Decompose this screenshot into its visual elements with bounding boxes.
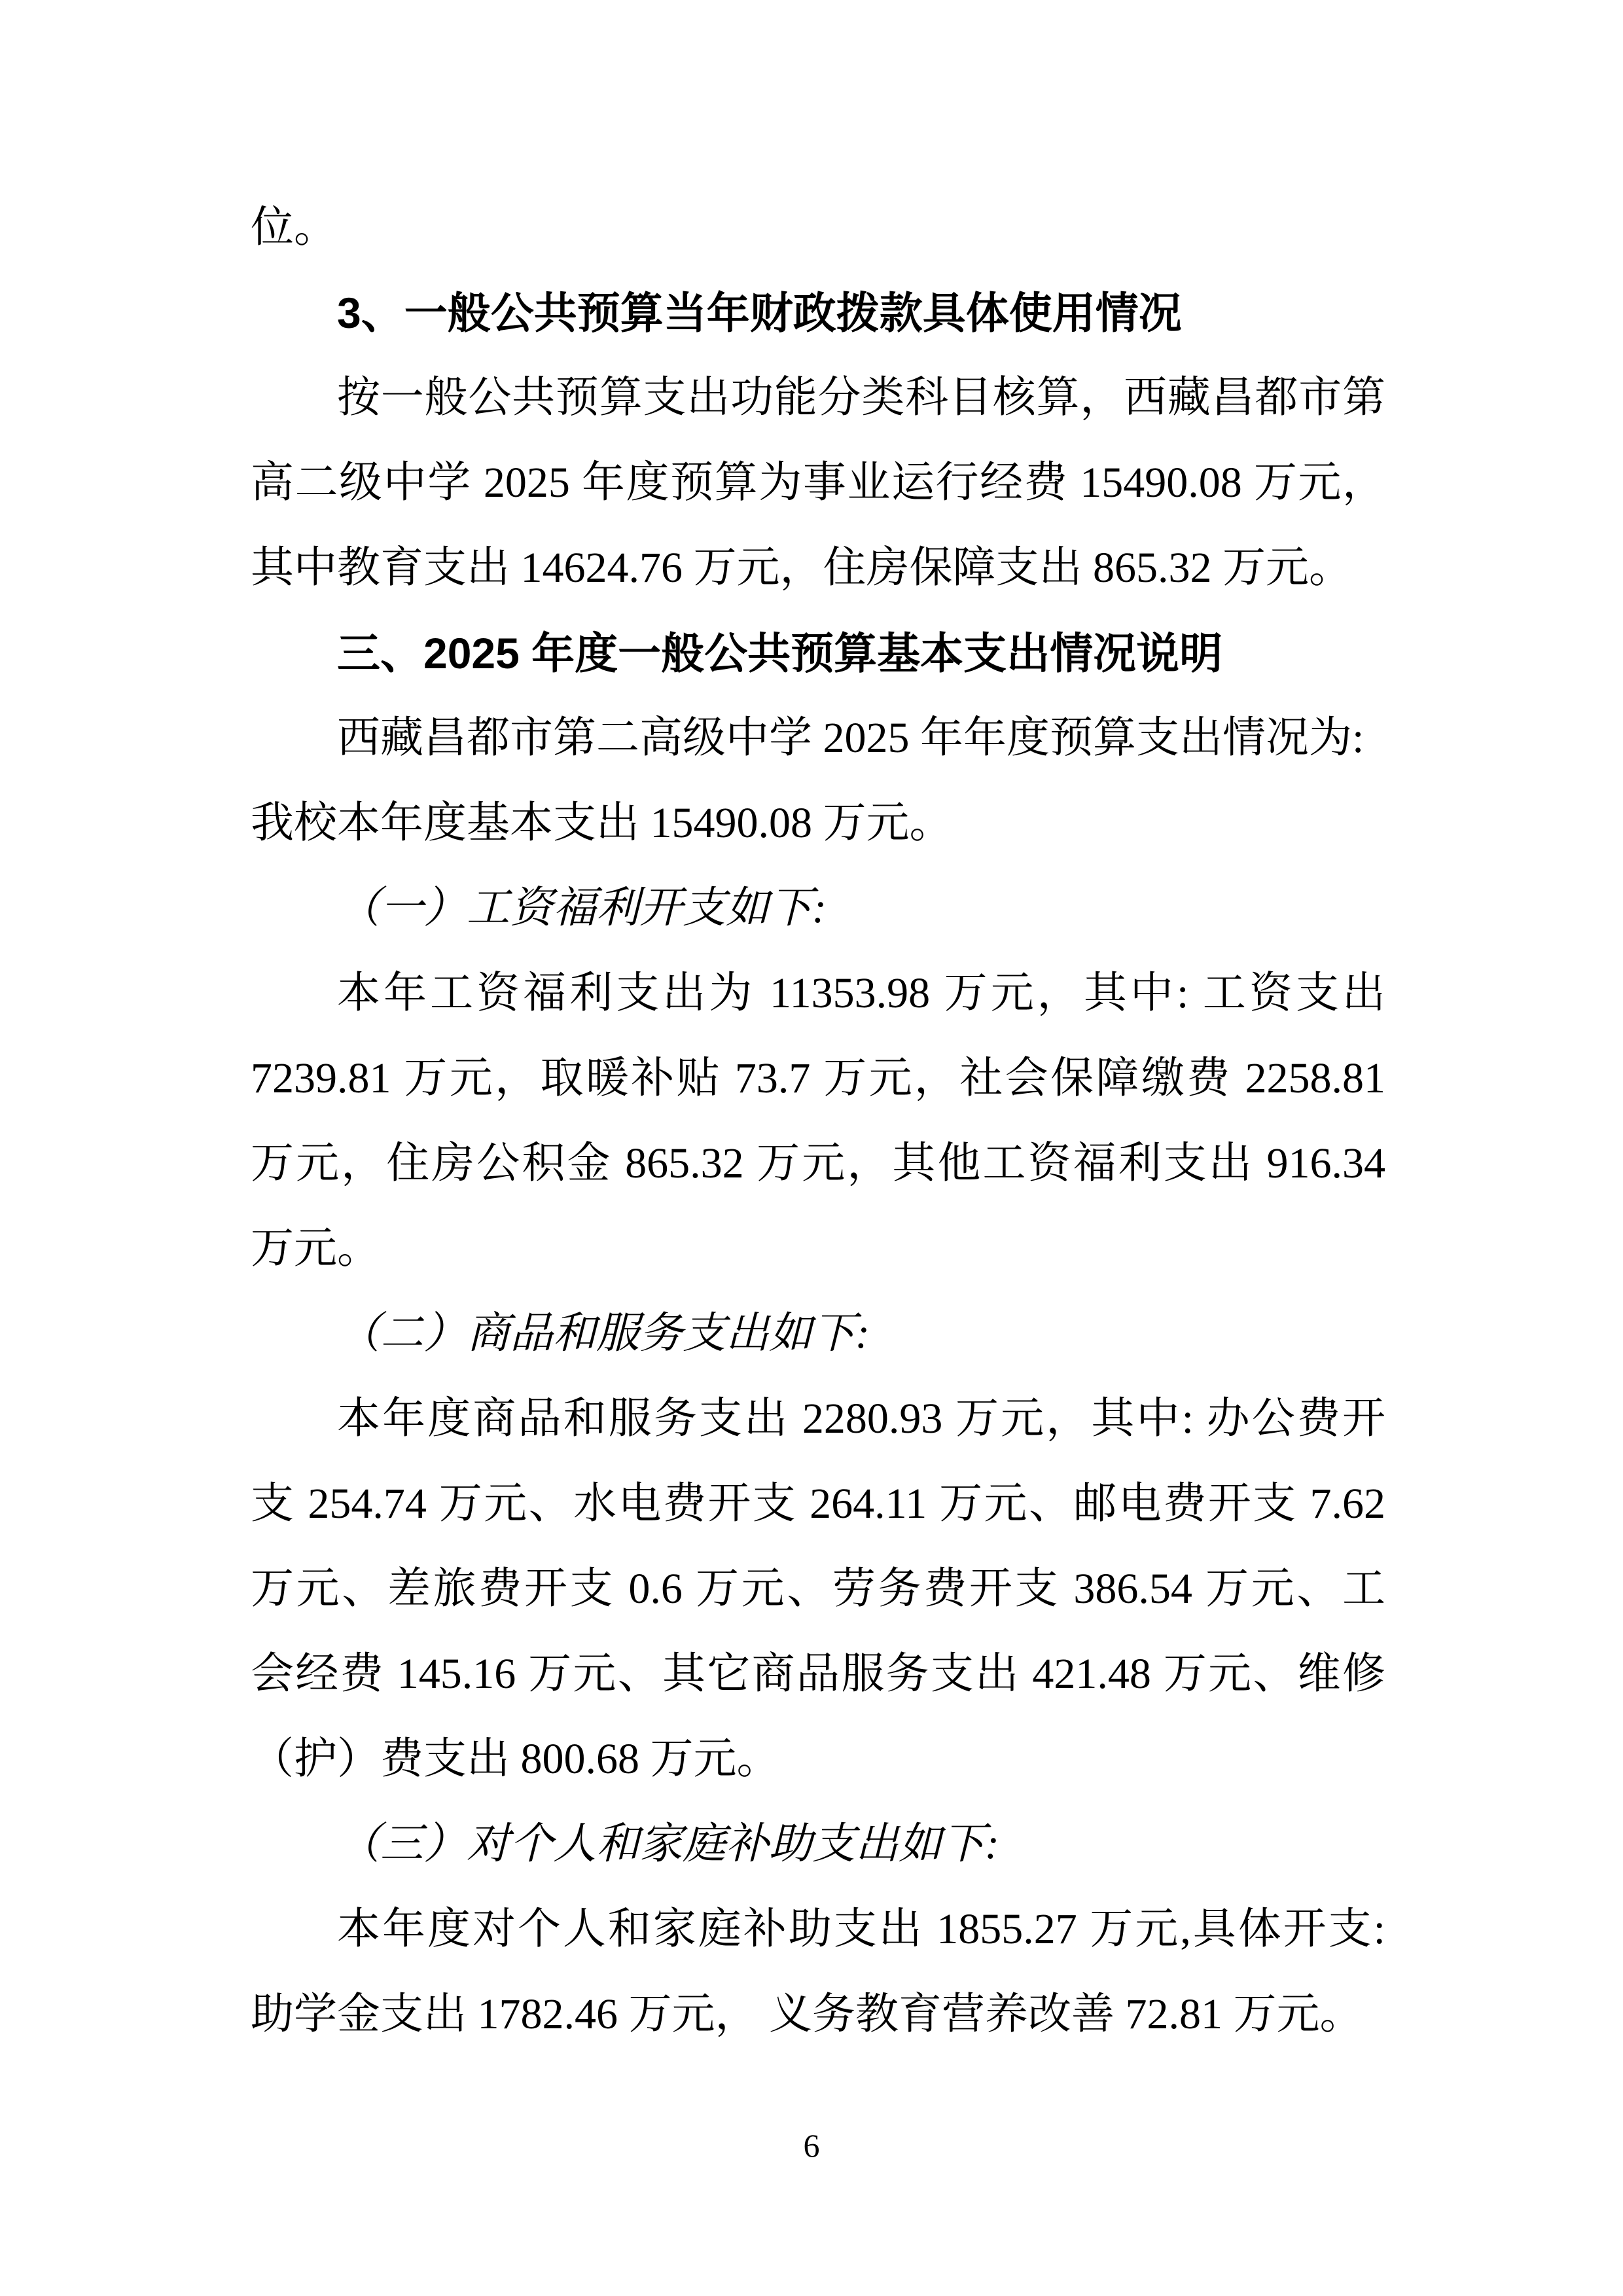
paragraph-line: 位。 [251,185,1385,270]
heading-section-3: 3、一般公共预算当年财政拨款具体使用情况 [251,270,1385,355]
subheading-item-1: （一）工资福利开支如下: [251,866,1385,951]
paragraph-line: 助学金支出 1782.46 万元， 义务教育营养改善 72.81 万元。 [251,1972,1385,2057]
paragraph-line: 按一般公共预算支出功能分类科目核算，西藏昌都市第 [251,355,1385,440]
subheading-item-2: （二）商品和服务支出如下: [251,1291,1385,1376]
paragraph-line: 本年度对个人和家庭补助支出 1855.27 万元,具体开支: [251,1887,1385,1972]
paragraph-line: 本年度商品和服务支出 2280.93 万元，其中: 办公费开 [251,1376,1385,1462]
paragraph-line: 万元，住房公积金 865.32 万元，其他工资福利支出 916.34 [251,1121,1385,1206]
paragraph-line: 西藏昌都市第二高级中学 2025 年年度预算支出情况为: [251,696,1385,781]
document-text-block: 位。 3、一般公共预算当年财政拨款具体使用情况 按一般公共预算支出功能分类科目核… [251,185,1385,2057]
paragraph-line: 万元。 [251,1206,1385,1291]
paragraph-line: 高二级中学 2025 年度预算为事业运行经费 15490.08 万元， [251,440,1385,526]
paragraph-line: 本年工资福利支出为 11353.98 万元，其中: 工资支出 [251,951,1385,1036]
paragraph-line: （护）费支出 800.68 万元。 [251,1717,1385,1802]
heading-section-three: 三、2025 年度一般公共预算基本支出情况说明 [251,611,1385,696]
paragraph-line: 万元、差旅费开支 0.6 万元、劳务费开支 386.54 万元、工 [251,1547,1385,1632]
page-number: 6 [0,2127,1623,2164]
paragraph-line: 会经费 145.16 万元、其它商品服务支出 421.48 万元、维修 [251,1632,1385,1717]
document-page: 位。 3、一般公共预算当年财政拨款具体使用情况 按一般公共预算支出功能分类科目核… [0,0,1623,2296]
paragraph-line: 我校本年度基本支出 15490.08 万元。 [251,781,1385,866]
paragraph-line: 支 254.74 万元、水电费开支 264.11 万元、邮电费开支 7.62 [251,1462,1385,1547]
paragraph-line: 7239.81 万元，取暖补贴 73.7 万元，社会保障缴费 2258.81 [251,1036,1385,1121]
subheading-item-3: （三）对个人和家庭补助支出如下: [251,1802,1385,1887]
paragraph-line: 其中教育支出 14624.76 万元，住房保障支出 865.32 万元。 [251,526,1385,611]
